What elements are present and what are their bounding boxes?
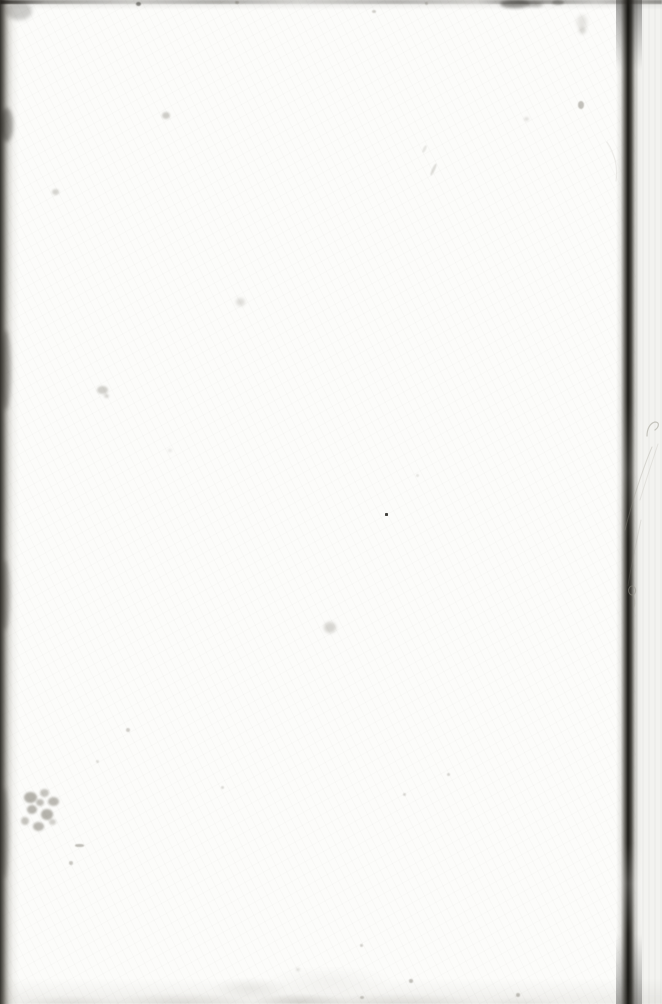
stain-spot (36, 799, 44, 806)
stain-spot (49, 819, 56, 825)
stain-spot (360, 944, 363, 947)
stain-spot (52, 189, 59, 195)
stain-spot (516, 993, 520, 997)
stain-spot (136, 2, 141, 6)
stain-spot (221, 786, 224, 789)
stain-spot (48, 797, 59, 806)
stain-spot (104, 394, 109, 398)
stain-spot (0, 330, 11, 410)
stain-spot (527, 2, 543, 7)
stain-spot (0, 108, 13, 142)
stain-spot (360, 996, 364, 999)
stain-spot (403, 793, 406, 796)
stain-spot (421, 145, 427, 154)
stain-spot (324, 622, 336, 633)
stain-spot (372, 10, 376, 13)
stain-spot (578, 101, 584, 109)
stain-spot (69, 861, 73, 865)
stain-spot (21, 817, 29, 825)
stain-spot (96, 760, 99, 763)
stain-spot (409, 979, 413, 983)
stain-spot (0, 788, 9, 878)
stain-spot (579, 27, 586, 34)
stain-spot (429, 163, 437, 176)
stain-spot (296, 968, 300, 971)
scanned-book-page (0, 0, 662, 1004)
stain-spot (126, 728, 130, 732)
stain-spot (27, 805, 37, 814)
stain-spot (6, 2, 32, 20)
stain-spot (0, 560, 10, 630)
stain-spot (552, 0, 564, 5)
stain-spot (425, 2, 428, 5)
stain-spot (40, 789, 49, 797)
stain-spot (75, 844, 84, 847)
stain-spot (162, 112, 170, 119)
stain-spot (385, 513, 388, 516)
stain-spot (97, 386, 108, 394)
stain-spot (447, 773, 450, 776)
stain-spot (235, 1, 239, 4)
stain-spot (168, 449, 172, 452)
stain-spot (524, 117, 529, 121)
stain-spot (416, 474, 419, 477)
stain-spot (33, 822, 44, 831)
stain-spot (236, 298, 245, 306)
stain-spots-layer (0, 0, 662, 1004)
stain-spot (500, 0, 530, 8)
